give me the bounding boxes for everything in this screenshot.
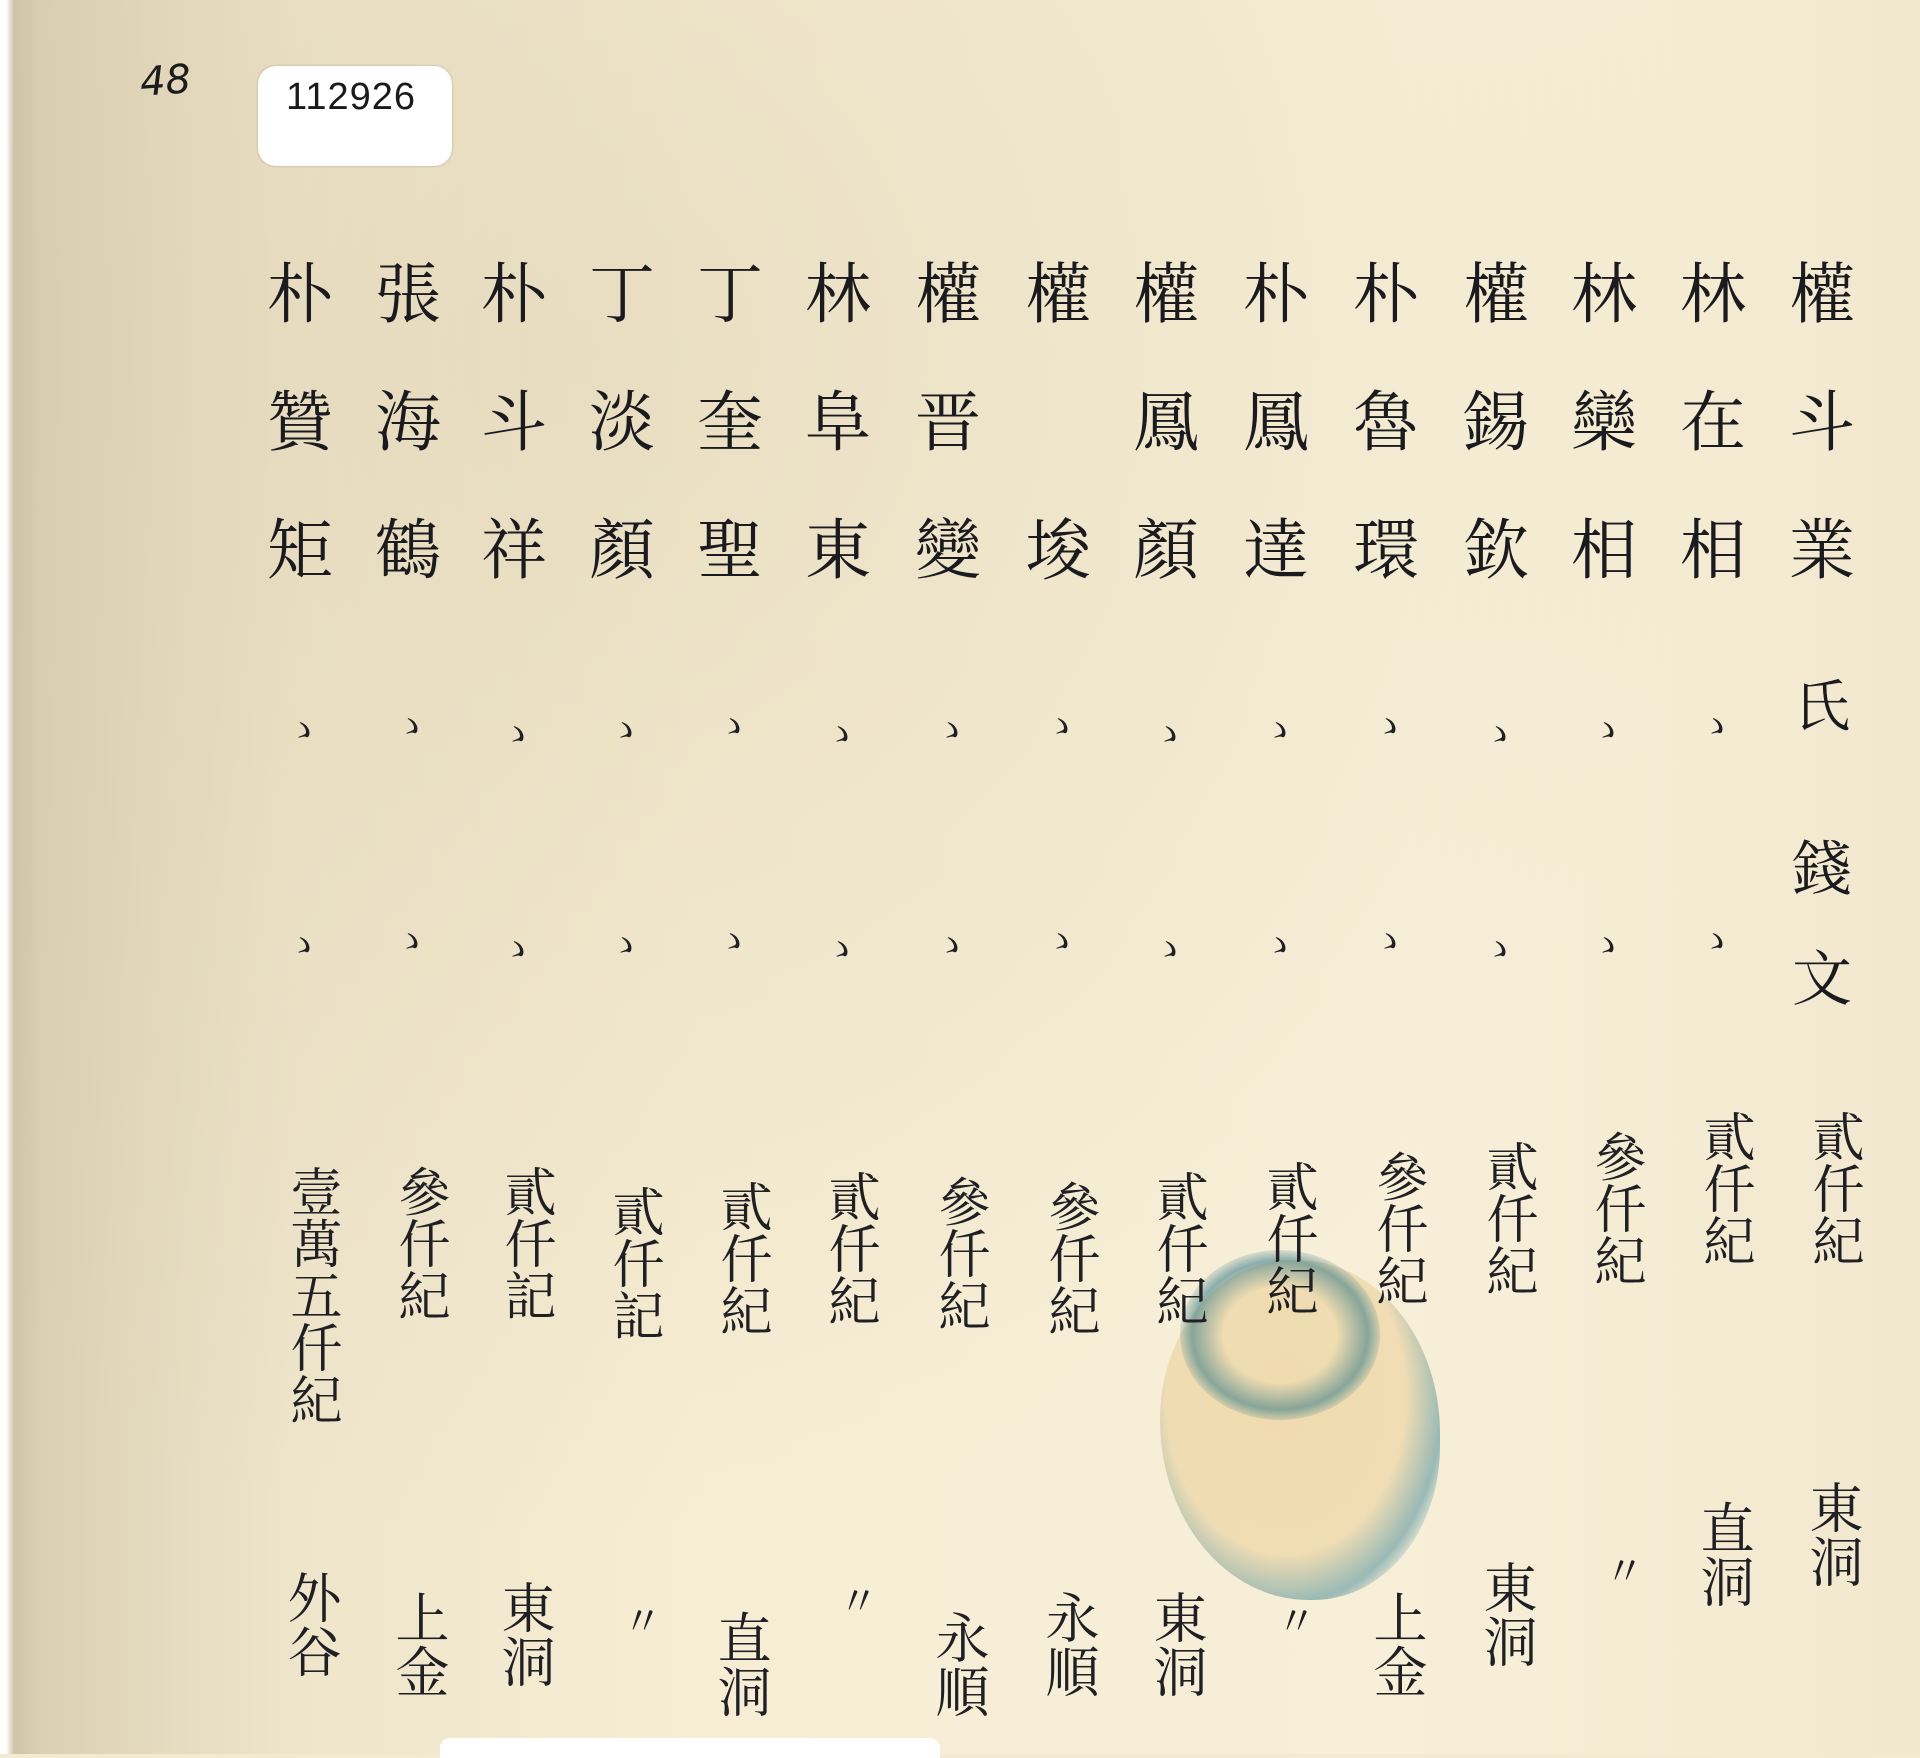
amount: 貳仟記	[584, 1185, 660, 1341]
amount: 貳仟記	[476, 1165, 552, 1321]
name-char: 奎	[682, 390, 778, 456]
ledger-entry: 朴魯環ゝゝ參仟紀上金	[1338, 0, 1434, 1754]
ditto-mark: ゝ	[1366, 695, 1406, 752]
amount: 貳仟紀	[1238, 1160, 1314, 1316]
name-char: 權	[900, 262, 996, 328]
header-column: 權斗業氏錢文貳仟紀東洞	[1774, 0, 1870, 1754]
name-char: 祥	[466, 518, 562, 584]
name-char: 在	[1665, 390, 1761, 456]
ledger-entry: 權晋變ゝゝ參仟紀永順	[900, 0, 996, 1754]
name-char: 顏	[1118, 518, 1214, 584]
name-char: 魯	[1338, 390, 1434, 456]
ditto-mark: ゝ	[1693, 910, 1733, 967]
ditto-mark: ゝ	[710, 910, 750, 967]
ditto-mark: ゝ	[928, 914, 968, 971]
place: 永順	[1020, 1590, 1096, 1698]
ditto-mark: ゝ	[602, 914, 642, 971]
name-char: 林	[1665, 262, 1761, 328]
place: 〃	[800, 1580, 876, 1620]
ledger-entry: 丁奎聖ゝゝ貳仟紀直洞	[682, 0, 778, 1754]
amount: 參仟紀	[1566, 1130, 1642, 1286]
name-char: 欽	[1448, 518, 1544, 584]
amount: 貳仟紀	[1675, 1110, 1751, 1266]
ditto-mark: ゝ	[602, 699, 642, 756]
ditto-mark: ゝ	[1693, 695, 1733, 752]
name-char: 張	[360, 262, 456, 328]
name-char: 朴	[1338, 262, 1434, 328]
place: 外谷	[262, 1570, 338, 1678]
name-char: 顏	[574, 518, 670, 584]
name-char: 權	[1010, 262, 1106, 328]
paper-tear	[440, 1738, 940, 1754]
name-char: 朴	[252, 262, 348, 328]
name-char: 朴	[1228, 262, 1324, 328]
ledger-entry: 丁淡顏ゝゝ貳仟記〃	[574, 0, 670, 1754]
place: 〃	[584, 1600, 660, 1640]
ditto-mark: ゝ	[818, 703, 858, 760]
place: 〃	[1566, 1550, 1642, 1590]
place: 東洞	[1458, 1560, 1534, 1668]
ledger-entry: 朴斗祥ゝゝ貳仟記東洞	[466, 0, 562, 1754]
name-char: 欒	[1556, 390, 1652, 456]
ditto-mark: ゝ	[1146, 918, 1186, 975]
ditto-mark: ゝ	[388, 910, 428, 967]
ditto-mark: ゝ	[1038, 910, 1078, 967]
heading-label: 錢	[1774, 840, 1870, 900]
ledger-entry: 權錫欽ゝゝ貳仟紀東洞	[1448, 0, 1544, 1754]
ditto-mark: ゝ	[1584, 699, 1624, 756]
amount: 參仟紀	[370, 1165, 446, 1321]
ditto-mark: ゝ	[280, 699, 320, 756]
name-char: 贊	[252, 390, 348, 456]
amount: 參仟紀	[1020, 1180, 1096, 1336]
page-number: 48	[138, 56, 192, 105]
name-char: 權	[1118, 262, 1214, 328]
ditto-mark: ゝ	[494, 918, 534, 975]
heading-label: 文	[1774, 950, 1870, 1010]
ditto-mark: ゝ	[280, 914, 320, 971]
ledger-entry: 張海鶴ゝゝ參仟紀上金	[360, 0, 456, 1754]
ledger-entry: 權鳳顏ゝゝ貳仟紀東洞	[1118, 0, 1214, 1754]
name-char: 變	[900, 518, 996, 584]
ditto-mark: ゝ	[1038, 695, 1078, 752]
name-char: 斗	[1774, 390, 1870, 456]
name-char: 林	[1556, 262, 1652, 328]
amount: 貳仟紀	[800, 1170, 876, 1326]
document-page: 48 112926 權斗業氏錢文貳仟紀東洞林在相ゝゝ貳仟紀直洞林欒相ゝゝ參仟紀〃…	[0, 0, 1920, 1754]
name-char: 錫	[1448, 390, 1544, 456]
name-char: 埈	[1010, 518, 1106, 584]
ditto-mark: ゝ	[1146, 703, 1186, 760]
name-char: 環	[1338, 518, 1434, 584]
name-char: 丁	[574, 262, 670, 328]
place: 上金	[370, 1590, 446, 1698]
name-char: 鶴	[360, 518, 456, 584]
name-char: 淡	[574, 390, 670, 456]
ditto-mark: ゝ	[494, 703, 534, 760]
name-char: 林	[790, 262, 886, 328]
name-char: 矩	[252, 518, 348, 584]
place: 東洞	[1784, 1480, 1860, 1588]
place: 永順	[910, 1610, 986, 1718]
amount: 貳仟紀	[1458, 1140, 1534, 1296]
name-char: 朴	[466, 262, 562, 328]
amount: 貳仟紀	[692, 1180, 768, 1336]
place: 直洞	[692, 1610, 768, 1718]
ledger-entry: 林在相ゝゝ貳仟紀直洞	[1665, 0, 1761, 1754]
name-char: 聖	[682, 518, 778, 584]
amount: 參仟紀	[910, 1175, 986, 1331]
ditto-mark: ゝ	[1476, 918, 1516, 975]
amount: 貳仟紀	[1128, 1170, 1204, 1326]
name-char: 業	[1774, 518, 1870, 584]
name-char: 達	[1228, 518, 1324, 584]
ditto-mark: ゝ	[818, 918, 858, 975]
name-char: 權	[1448, 262, 1544, 328]
ditto-mark: ゝ	[1476, 703, 1516, 760]
name-char: 東	[790, 518, 886, 584]
place: 東洞	[1128, 1590, 1204, 1698]
ledger-entry: 林欒相ゝゝ參仟紀〃	[1556, 0, 1652, 1754]
place: 上金	[1348, 1590, 1424, 1698]
amount: 參仟紀	[1348, 1150, 1424, 1306]
amount: 壹萬五仟紀	[262, 1165, 338, 1425]
ditto-mark: ゝ	[1366, 910, 1406, 967]
ditto-mark: ゝ	[1256, 699, 1296, 756]
name-char: 鳳	[1118, 390, 1214, 456]
ditto-mark: ゝ	[928, 699, 968, 756]
ditto-mark: ゝ	[710, 695, 750, 752]
ledger-entry: 林阜東ゝゝ貳仟紀〃	[790, 0, 886, 1754]
name-char: 海	[360, 390, 456, 456]
place: 東洞	[476, 1580, 552, 1688]
name-char: 丁	[682, 262, 778, 328]
ditto-mark: ゝ	[388, 695, 428, 752]
name-char: 晋	[900, 390, 996, 456]
ditto-mark: ゝ	[1256, 914, 1296, 971]
place: 直洞	[1675, 1500, 1751, 1608]
suffix-label: 氏	[1774, 680, 1870, 736]
amount: 貳仟紀	[1784, 1110, 1860, 1266]
ledger-entry: 朴鳳達ゝゝ貳仟紀〃	[1228, 0, 1324, 1754]
place: 〃	[1238, 1600, 1314, 1640]
name-char: 鳳	[1228, 390, 1324, 456]
name-char: 相	[1665, 518, 1761, 584]
ledger-entry: 權埈ゝゝ參仟紀永順	[1010, 0, 1106, 1754]
ledger-entry: 朴贊矩ゝゝ壹萬五仟紀外谷	[252, 0, 348, 1754]
ditto-mark: ゝ	[1584, 914, 1624, 971]
name-char: 權	[1774, 262, 1870, 328]
name-char: 相	[1556, 518, 1652, 584]
name-char: 阜	[790, 390, 886, 456]
name-char: 斗	[466, 390, 562, 456]
